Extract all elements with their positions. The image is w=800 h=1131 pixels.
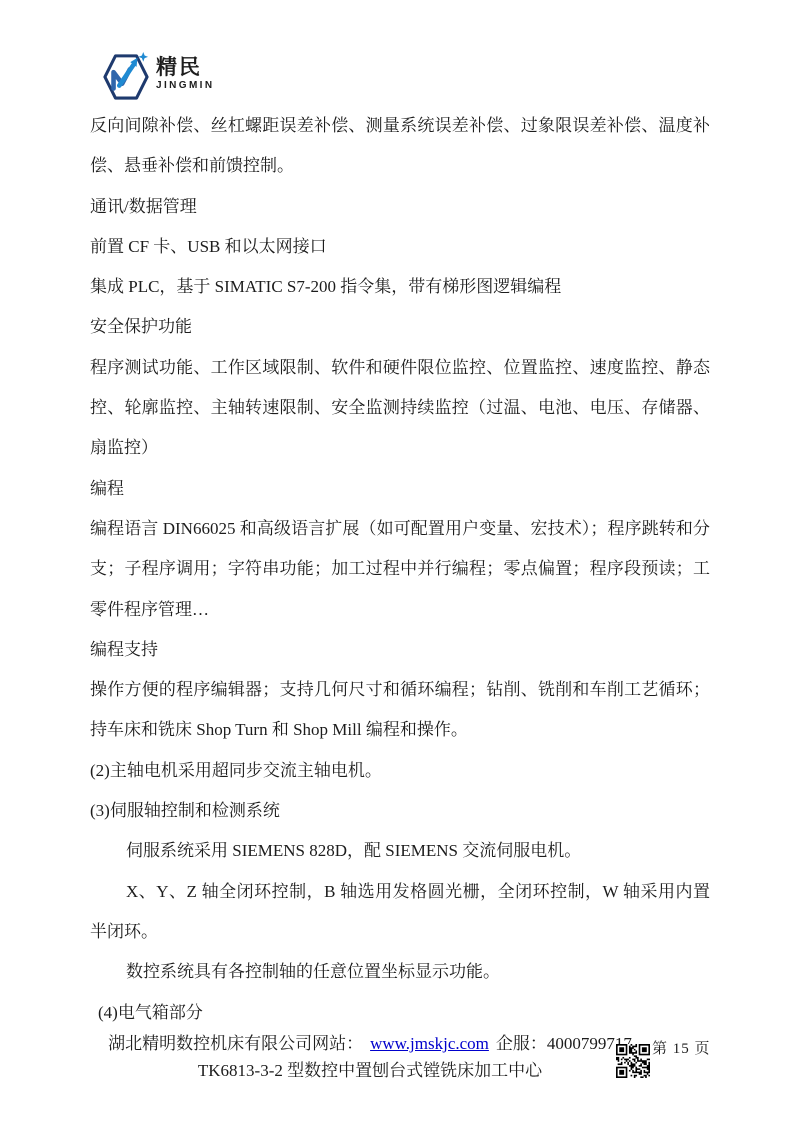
page-number: 第 15 页 <box>652 1037 711 1058</box>
body-line: 集成 PLC，基于 SIMATIC S7-200 指令集，带有梯形图逻辑编程 <box>90 267 710 307</box>
body-line: X、Y、Z 轴全闭环控制，B 轴选用发格圆光栅，全闭环控制，W 轴采用内置编码器 <box>90 872 710 912</box>
body-line: 数控系统具有各控制轴的任意位置坐标显示功能。 <box>90 952 710 992</box>
footer-service-text: 企服：4000799717 <box>496 1034 632 1053</box>
qr-code <box>616 1044 650 1078</box>
jingmin-logo-icon <box>103 52 149 100</box>
body-line: (4)电气箱部分 <box>90 993 710 1033</box>
logo-arrow-icon <box>119 65 133 86</box>
body-line: 扇监控） <box>90 428 710 468</box>
logo: 精民 JINGMIN <box>103 52 214 100</box>
body-line: (2)主轴电机采用超同步交流主轴电机。 <box>90 751 710 791</box>
body-line: 伺服系统采用 SIEMENS 828D，配 SIEMENS 交流伺服电机。 <box>90 831 710 871</box>
body-line: 支；子程序调用；字符串功能；加工过程中并行编程；零点偏置；程序段预读；工件/ <box>90 549 710 589</box>
footer: 湖北精明数控机床有限公司网站：www.jmskjc.com企服：40007997… <box>70 1031 670 1084</box>
logo-name-en: JINGMIN <box>156 80 214 92</box>
body-line: (3)伺服轴控制和检测系统 <box>90 791 710 831</box>
body-line: 持车床和铣床 Shop Turn 和 Shop Mill 编程和操作。 <box>90 710 710 750</box>
footer-product-line: TK6813-3-2 型数控中置刨台式镗铣床加工中心 <box>70 1058 670 1085</box>
logo-name-cn: 精民 <box>156 56 214 79</box>
body-line: 控、轮廓监控、主轴转速限制、安全监测持续监控（过温、电池、电压、存储器、风 <box>90 388 710 428</box>
body-line: 程序测试功能、工作区域限制、软件和硬件限位监控、位置监控、速度监控、静态监 <box>90 348 710 388</box>
body-line: 反向间隙补偿、丝杠螺距误差补偿、测量系统误差补偿、过象限误差补偿、温度补 <box>90 106 710 146</box>
body-line: 安全保护功能 <box>90 307 710 347</box>
footer-company-text: 湖北精明数控机床有限公司网站： <box>108 1034 363 1053</box>
document-page: 精民 JINGMIN 反向间隙补偿、丝杠螺距误差补偿、测量系统误差补偿、过象限误… <box>0 0 800 1131</box>
body-line: 编程支持 <box>90 630 710 670</box>
body-line: 零件程序管理… <box>90 590 710 630</box>
body-line: 操作方便的程序编辑器；支持几何尺寸和循环编程；钻削、铣削和车削工艺循环；支 <box>90 670 710 710</box>
body-line: 编程语言 DIN66025 和高级语言扩展（如可配置用户变量、宏技术）；程序跳转… <box>90 509 710 549</box>
body-line: 半闭环。 <box>90 912 710 952</box>
body-line: 通讯/数据管理 <box>90 187 710 227</box>
logo-words: 精民 JINGMIN <box>156 52 214 92</box>
footer-company-line: 湖北精明数控机床有限公司网站：www.jmskjc.com企服：40007997… <box>70 1031 670 1058</box>
body-text: 反向间隙补偿、丝杠螺距误差补偿、测量系统误差补偿、过象限误差补偿、温度补偿、悬垂… <box>90 106 710 1033</box>
footer-website-link[interactable]: www.jmskjc.com <box>370 1034 489 1053</box>
body-line: 前置 CF 卡、USB 和以太网接口 <box>90 227 710 267</box>
body-line: 编程 <box>90 469 710 509</box>
body-line: 偿、悬垂补偿和前馈控制。 <box>90 146 710 186</box>
